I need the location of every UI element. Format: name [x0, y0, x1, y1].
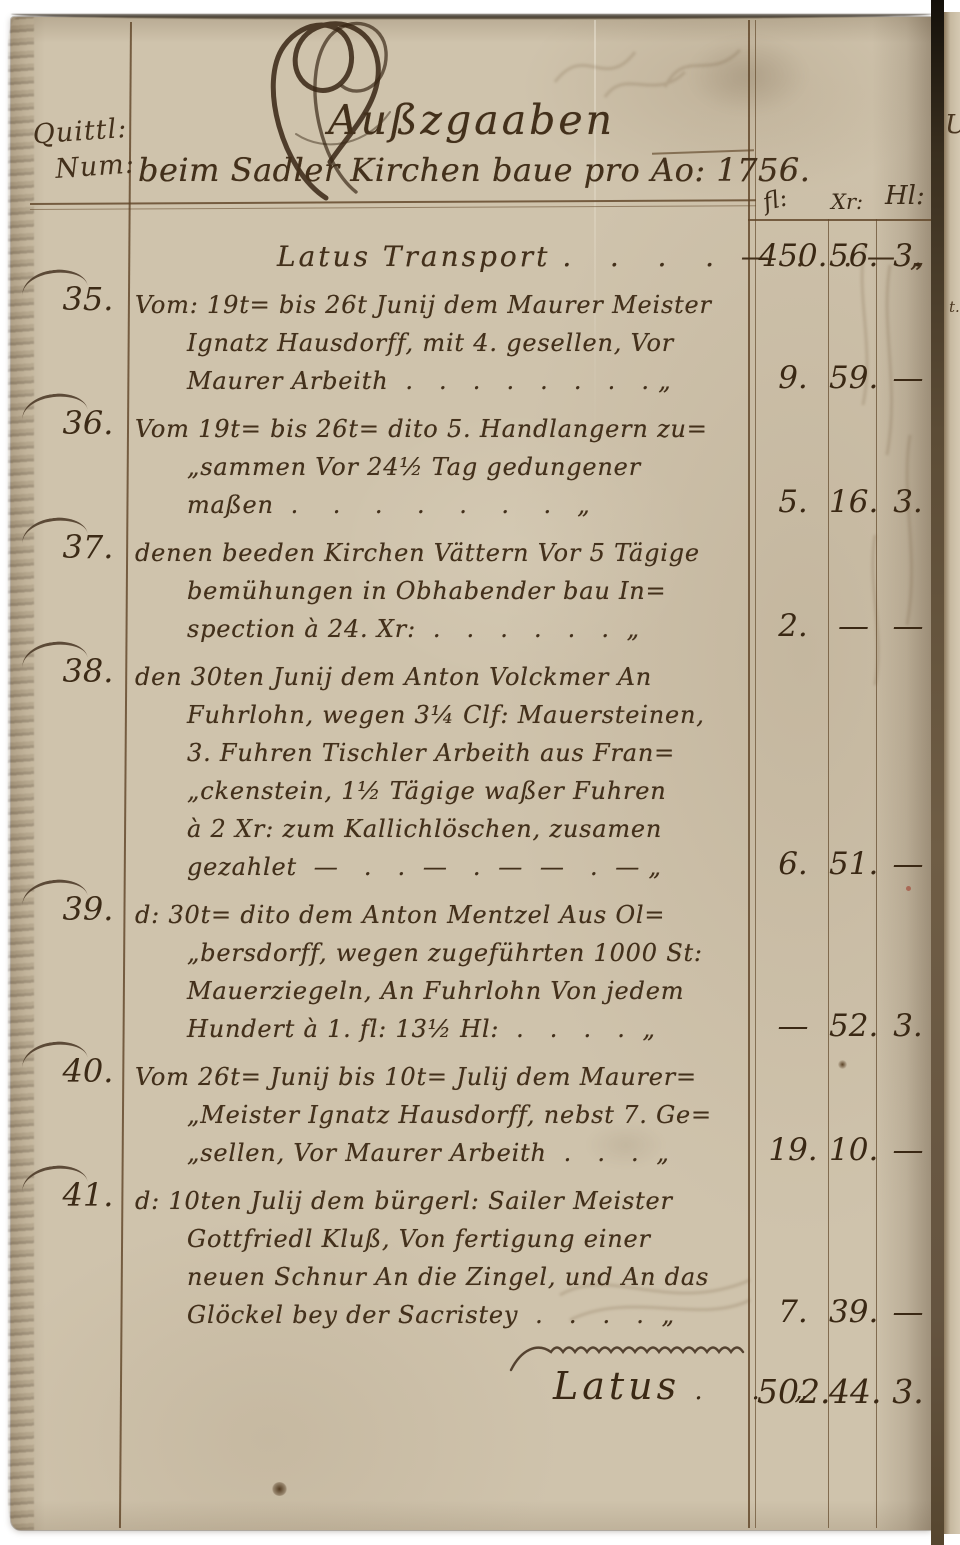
ledger-entry: 35.Vom: 19t= bis 26t Junij dem Maurer Me…: [135, 286, 755, 400]
entry-line: den 30ten Junij dem Anton Volckmer An: [135, 658, 755, 696]
amount-heller: 3.: [878, 484, 938, 520]
amount-florin: 5.: [757, 484, 829, 520]
entry-line: Vom 19t= bis 26t= dito 5. Handlangern zu…: [135, 410, 755, 448]
entry-line: Hundert à 1. fl: 13½ Hl: . . . . „: [187, 1010, 755, 1048]
amount-kreuzer: —: [829, 608, 878, 644]
amount-kreuzer: 56.: [829, 238, 878, 274]
entry-line: Mauerziegeln, An Fuhrlohn Von jedem: [187, 972, 755, 1010]
amount-kreuzer: 52.: [829, 1008, 878, 1044]
amount-kreuzer: 51.: [829, 846, 878, 882]
deckle-edge: [8, 17, 34, 1530]
next-page-edge: [944, 12, 960, 1534]
amount-florin: 6.: [757, 846, 829, 882]
ink-stain: [272, 1482, 287, 1496]
amount-heller: 3.: [878, 1372, 938, 1411]
amount-kreuzer: 16.: [829, 484, 878, 520]
entry-line: gezahlet — . . — . — — . — „: [187, 848, 755, 886]
entry-line: Maurer Arbeith . . . . . . . . „: [187, 362, 755, 400]
total-amount: 502. 44. 3.: [757, 1372, 960, 1411]
entry-number: 35.: [51, 280, 125, 318]
rule-currency-header-underline: [748, 219, 934, 221]
entry-line: „bersdorff, wegen zugeführten 1000 St:: [187, 934, 755, 972]
entries-column: Latus Transport . . . . — . . — „ 450. 5…: [135, 234, 755, 1464]
entry-line: „ckenstein, 1½ Tägige waßer Fuhren: [187, 772, 755, 810]
entry-number: 40.: [51, 1052, 125, 1090]
scanned-ledger-page: Quittl: Num: Außzgaaben beim Sadler Kirc…: [0, 0, 960, 1545]
total-label: Latus: [553, 1364, 680, 1408]
ledger-entry: 37.denen beeden Kirchen Vättern Vor 5 Tä…: [135, 534, 755, 648]
entry-line: denen beeden Kirchen Vättern Vor 5 Tägig…: [135, 534, 755, 572]
amount-florin: 450.: [757, 238, 829, 274]
page-gutter-fold: [931, 0, 944, 1545]
entry-line: d: 30t= dito dem Anton Mentzel Aus Ol=: [135, 896, 755, 934]
amount-heller: 3.: [878, 1008, 938, 1044]
entry-line: neuen Schnur An die Zingel, und An das: [187, 1258, 755, 1296]
entry-line: „sammen Vor 24½ Tag gedungener: [187, 448, 755, 486]
entries-list: 35.Vom: 19t= bis 26t Junij dem Maurer Me…: [135, 286, 755, 1334]
amount-florin: 19.: [757, 1132, 829, 1168]
entry-number: 41.: [51, 1176, 125, 1214]
entry-line: „Meister Ignatz Hausdorff, nebst 7. Ge=: [187, 1096, 755, 1134]
entry-line: d: 10ten Julij dem bürgerl: Sailer Meist…: [135, 1182, 755, 1220]
amount-florin: —: [757, 1008, 829, 1044]
ledger-entry: 40.Vom 26t= Junij bis 10t= Julij dem Mau…: [135, 1058, 755, 1172]
entry-line: Vom: 19t= bis 26t Junij dem Maurer Meist…: [135, 286, 755, 324]
entry-amount: 5.16.3.: [757, 484, 960, 520]
amount-heller: —: [878, 1132, 938, 1168]
entry-line: Fuhrlohn, wegen 3¼ Clf: Mauersteinen,: [187, 696, 755, 734]
amount-kreuzer: 39.: [829, 1294, 878, 1330]
column-header-heller: Hl:: [885, 181, 925, 211]
next-page-edge-text: U: [945, 110, 960, 140]
entry-line: 3. Fuhren Tischler Arbeith aus Fran=: [187, 734, 755, 772]
receipt-header-line1: Quittl:: [32, 113, 129, 151]
entry-number: 38.: [51, 652, 125, 690]
entry-line: Glöckel bey der Sacristey . . . . „: [187, 1296, 755, 1334]
entry-amount: 6.51.—: [757, 846, 960, 882]
total-row: Latus . . „ 502. 44. 3.: [135, 1344, 755, 1464]
ledger-entry: 38.den 30ten Junij dem Anton Volckmer An…: [135, 658, 755, 886]
entry-line: Ignatz Hausdorff, mit 4. gesellen, Vor: [187, 324, 755, 362]
entry-line: Vom 26t= Junij bis 10t= Julij dem Maurer…: [135, 1058, 755, 1096]
ledger-entry: 41.d: 10ten Julij dem bürgerl: Sailer Me…: [135, 1182, 755, 1334]
amount-heller: 3.: [878, 238, 938, 274]
entry-amount: 9.59.—: [757, 360, 960, 396]
entry-number: 36.: [51, 404, 125, 442]
page-subtitle: beim Sadler Kirchen baue pro Ao: 1756.: [138, 151, 810, 189]
carryover-row: Latus Transport . . . . — . . — „ 450. 5…: [135, 234, 755, 280]
page-title: Außzgaaben: [328, 96, 615, 144]
amount-florin: 7.: [757, 1294, 829, 1330]
entry-line: spection à 24. Xr: . . . . . . „: [187, 610, 755, 648]
entry-amount: 2.——: [757, 608, 960, 644]
entry-line: bemühungen in Obhabender bau In=: [187, 572, 755, 610]
entry-number: 39.: [51, 890, 125, 928]
amount-heller: —: [878, 608, 938, 644]
next-page-edge-text: t.: [949, 298, 960, 316]
amount-kreuzer: 10.: [829, 1132, 878, 1168]
amount-heller: —: [878, 360, 938, 396]
amount-heller: —: [878, 846, 938, 882]
entry-line: à 2 Xr: zum Kallichlöschen, zusamen: [187, 810, 755, 848]
entry-line: maßen . . . . . . . „: [187, 486, 755, 524]
amount-heller: —: [878, 1294, 938, 1330]
amount-florin: 2.: [757, 608, 829, 644]
amount-kreuzer: 59.: [829, 360, 878, 396]
amount-kreuzer: 44.: [829, 1372, 878, 1411]
amount-florin: 9.: [757, 360, 829, 396]
amount-florin: 502.: [757, 1372, 829, 1411]
entry-amount: 7.39.—: [757, 1294, 960, 1330]
entry-line: „sellen, Vor Maurer Arbeith . . . „: [187, 1134, 755, 1172]
entry-amount: —52.3.: [757, 1008, 960, 1044]
receipt-header-line2: Num:: [54, 147, 136, 188]
entry-line: Gottfriedl Kluß, Von fertigung einer: [187, 1220, 755, 1258]
smudge-stain: [688, 36, 808, 114]
carryover-amount: 450. 56. 3.: [757, 238, 960, 274]
ledger-entry: 39.d: 30t= dito dem Anton Mentzel Aus Ol…: [135, 896, 755, 1048]
entry-number: 37.: [51, 528, 125, 566]
carryover-label: Latus Transport: [277, 240, 550, 273]
red-speck-stain: [906, 886, 911, 891]
column-header-kreuzer: Xr:: [831, 190, 863, 214]
ink-stain: [838, 1060, 847, 1069]
receipt-number-column-header: Quittl: Num:: [32, 111, 136, 190]
carryover-line: Latus Transport . . . . — . . — „: [277, 234, 755, 280]
entry-amount: 19.10.—: [757, 1132, 960, 1168]
ledger-entry: 36.Vom 19t= bis 26t= dito 5. Handlangern…: [135, 410, 755, 524]
